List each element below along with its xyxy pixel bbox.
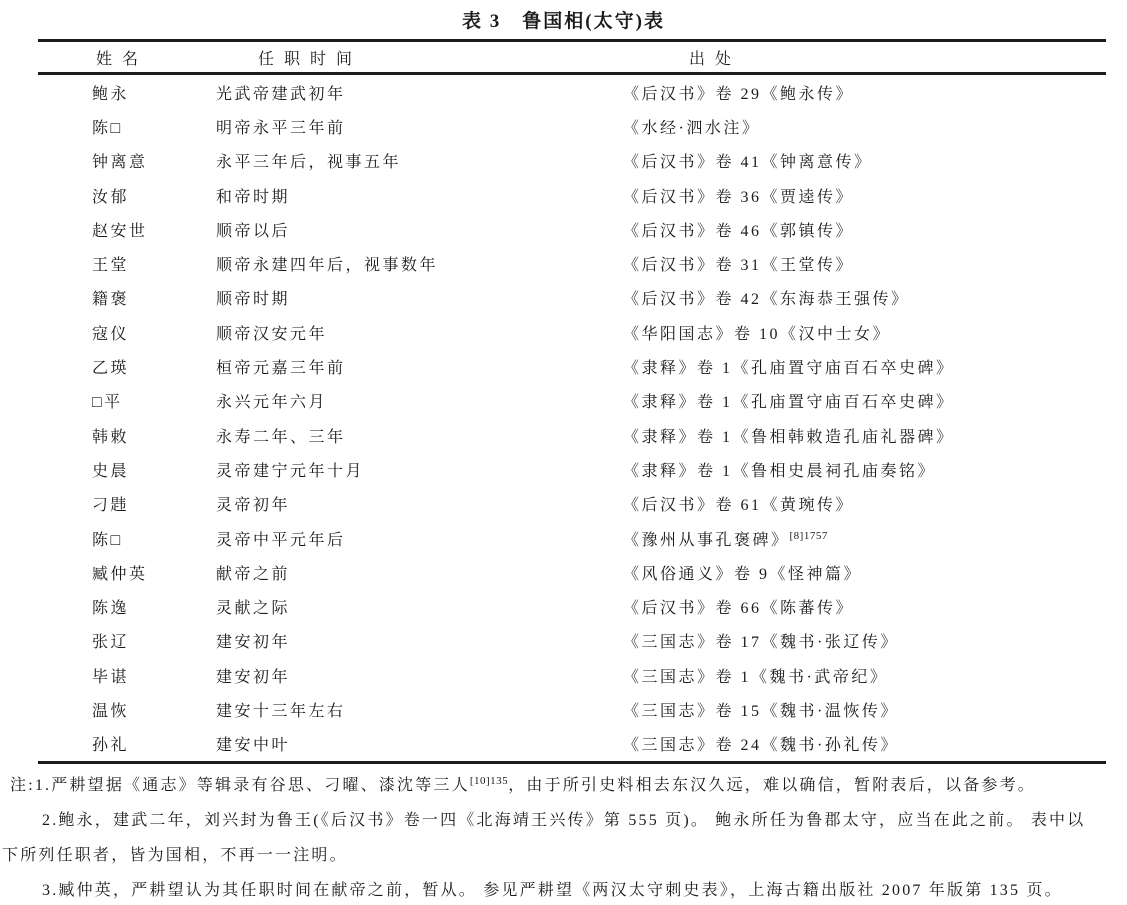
cell-source: 《后汉书》卷 36《贾逵传》: [623, 184, 1106, 207]
table-row: 王堂顺帝永建四年后，视事数年《后汉书》卷 31《王堂传》: [38, 246, 1106, 280]
cell-name: 毕谌: [38, 664, 216, 687]
source-title: 《三国志》卷 15《魏书·温恢传》: [623, 703, 899, 720]
cell-tenure: 顺帝以后: [216, 218, 623, 241]
cell-tenure: 明帝永平三年前: [216, 115, 623, 138]
cell-tenure: 灵帝初年: [216, 492, 623, 515]
note-2-line-1: 2.鲍永，建武二年，刘兴封为鲁王(《后汉书》卷一四《北海靖王兴传》第 555 页…: [0, 803, 1127, 838]
source-title: 《隶释》卷 1《鲁相韩敕造孔庙礼器碑》: [623, 429, 955, 446]
cell-name: 鲍永: [38, 81, 216, 104]
cell-source: 《风俗通义》卷 9《怪神篇》: [623, 561, 1106, 584]
cell-tenure: 灵帝建宁元年十月: [216, 458, 623, 481]
table-row: 张辽建安初年《三国志》卷 17《魏书·张辽传》: [38, 624, 1106, 658]
note-2-line-2: 下所列任职者，皆为国相，不再一一注明。: [0, 838, 1127, 873]
table-body: 鲍永光武帝建武初年《后汉书》卷 29《鲍永传》陈□明帝永平三年前《水经·泗水注》…: [38, 75, 1106, 761]
paper-page: 表 3 鲁国相(太守)表 姓 名 任 职 时 间 出 处 鲍永光武帝建武初年《后…: [0, 0, 1127, 905]
cell-source: 《水经·泗水注》: [623, 115, 1106, 138]
source-title: 《后汉书》卷 41《钟离意传》: [623, 154, 873, 171]
source-title: 《风俗通义》卷 9《怪神篇》: [623, 566, 862, 583]
source-title: 《后汉书》卷 42《东海恭王强传》: [623, 291, 910, 308]
cell-tenure: 永寿二年、三年: [216, 424, 623, 447]
cell-name: 史晨: [38, 458, 216, 481]
cell-source: 《后汉书》卷 41《钟离意传》: [623, 149, 1106, 172]
cell-name: 孙礼: [38, 732, 216, 755]
cell-tenure: 顺帝汉安元年: [216, 321, 623, 344]
cell-name: 乙瑛: [38, 355, 216, 378]
cell-source: 《隶释》卷 1《孔庙置守庙百石卒史碑》: [623, 389, 1106, 412]
column-header-name: 姓 名: [38, 46, 216, 69]
source-title: 《后汉书》卷 29《鲍永传》: [623, 86, 854, 103]
cell-name: 汝郁: [38, 184, 216, 207]
cell-tenure: 建安中叶: [216, 732, 623, 755]
column-header-tenure: 任 职 时 间: [216, 46, 623, 69]
source-title: 《华阳国志》卷 10《汉中士女》: [623, 326, 891, 343]
source-title: 《隶释》卷 1《孔庙置守庙百石卒史碑》: [623, 394, 955, 411]
note-1-rest: ，由于所引史料相去东汉久远，难以确信，暂附表后，以备参考。: [508, 777, 1036, 794]
table-row: 陈逸灵献之际《后汉书》卷 66《陈蕃传》: [38, 589, 1106, 623]
cell-tenure: 桓帝元嘉三年前: [216, 355, 623, 378]
table-row: 刁韪灵帝初年《后汉书》卷 61《黄琬传》: [38, 487, 1106, 521]
note-3: 3.臧仲英，严耕望认为其任职时间在献帝之前，暂从。 参见严耕望《两汉太守刺史表》…: [0, 873, 1127, 905]
table-row: 臧仲英献帝之前《风俗通义》卷 9《怪神篇》: [38, 555, 1106, 589]
table-row: 毕谌建安初年《三国志》卷 1《魏书·武帝纪》: [38, 658, 1106, 692]
source-title: 《水经·泗水注》: [623, 120, 760, 137]
column-header-source: 出 处: [623, 46, 1106, 69]
source-title: 《隶释》卷 1《孔庙置守庙百石卒史碑》: [623, 360, 955, 377]
cell-name: 钟离意: [38, 149, 216, 172]
cell-source: 《隶释》卷 1《孔庙置守庙百石卒史碑》: [623, 355, 1106, 378]
table-row: 孙礼建安中叶《三国志》卷 24《魏书·孙礼传》: [38, 727, 1106, 761]
source-title: 《三国志》卷 17《魏书·张辽传》: [623, 634, 899, 651]
cell-source: 《三国志》卷 24《魏书·孙礼传》: [623, 732, 1106, 755]
source-title: 《后汉书》卷 36《贾逵传》: [623, 189, 854, 206]
cell-tenure: 光武帝建武初年: [216, 81, 623, 104]
cell-source: 《后汉书》卷 29《鲍永传》: [623, 81, 1106, 104]
source-citation-superscript: [8]1757: [790, 530, 828, 542]
table-row: □平永兴元年六月《隶释》卷 1《孔庙置守庙百石卒史碑》: [38, 384, 1106, 418]
cell-tenure: 永兴元年六月: [216, 389, 623, 412]
table-row: 籍褒顺帝时期《后汉书》卷 42《东海恭王强传》: [38, 281, 1106, 315]
table-row: 乙瑛桓帝元嘉三年前《隶释》卷 1《孔庙置守庙百石卒史碑》: [38, 349, 1106, 383]
table-row: 赵安世顺帝以后《后汉书》卷 46《郭镇传》: [38, 212, 1106, 246]
cell-source: 《华阳国志》卷 10《汉中士女》: [623, 321, 1106, 344]
cell-tenure: 献帝之前: [216, 561, 623, 584]
cell-tenure: 建安初年: [216, 664, 623, 687]
cell-name: 臧仲英: [38, 561, 216, 584]
cell-tenure: 建安初年: [216, 629, 623, 652]
cell-name: 寇仪: [38, 321, 216, 344]
cell-name: 刁韪: [38, 492, 216, 515]
cell-name: 温恢: [38, 698, 216, 721]
cell-tenure: 灵献之际: [216, 595, 623, 618]
table-row: 寇仪顺帝汉安元年《华阳国志》卷 10《汉中士女》: [38, 315, 1106, 349]
source-title: 《后汉书》卷 66《陈蕃传》: [623, 600, 854, 617]
source-title: 《三国志》卷 1《魏书·武帝纪》: [623, 669, 888, 686]
note-1: 注:1.严耕望据《通志》等辑录有谷思、刁曜、漆沈等三人[10]135，由于所引史…: [0, 764, 1127, 803]
table-row: 汝郁和帝时期《后汉书》卷 36《贾逵传》: [38, 178, 1106, 212]
cell-source: 《后汉书》卷 46《郭镇传》: [623, 218, 1106, 241]
table-row: 陈□灵帝中平元年后《豫州从事孔褒碑》[8]1757: [38, 521, 1106, 555]
cell-tenure: 顺帝时期: [216, 286, 623, 309]
table-notes: 注:1.严耕望据《通志》等辑录有谷思、刁曜、漆沈等三人[10]135，由于所引史…: [0, 764, 1127, 905]
cell-tenure: 灵帝中平元年后: [216, 527, 623, 550]
cell-name: 王堂: [38, 252, 216, 275]
table-row: 鲍永光武帝建武初年《后汉书》卷 29《鲍永传》: [38, 75, 1106, 109]
table-row: 温恢建安十三年左右《三国志》卷 15《魏书·温恢传》: [38, 692, 1106, 726]
cell-name: 韩敕: [38, 424, 216, 447]
source-title: 《豫州从事孔褒碑》: [623, 532, 790, 549]
source-title: 《三国志》卷 24《魏书·孙礼传》: [623, 737, 899, 754]
cell-name: 陈逸: [38, 595, 216, 618]
table-row: 韩敕永寿二年、三年《隶释》卷 1《鲁相韩敕造孔庙礼器碑》: [38, 418, 1106, 452]
cell-tenure: 永平三年后，视事五年: [216, 149, 623, 172]
cell-name: 籍褒: [38, 286, 216, 309]
source-title: 《后汉书》卷 31《王堂传》: [623, 257, 854, 274]
cell-tenure: 顺帝永建四年后，视事数年: [216, 252, 623, 275]
cell-tenure: 和帝时期: [216, 184, 623, 207]
table-row: 陈□明帝永平三年前《水经·泗水注》: [38, 109, 1106, 143]
cell-source: 《后汉书》卷 66《陈蕃传》: [623, 595, 1106, 618]
cell-source: 《后汉书》卷 31《王堂传》: [623, 252, 1106, 275]
cell-name: 陈□: [38, 527, 216, 550]
cell-source: 《豫州从事孔褒碑》[8]1757: [623, 527, 1106, 550]
table-caption: 表 3 鲁国相(太守)表: [0, 6, 1127, 33]
cell-source: 《三国志》卷 17《魏书·张辽传》: [623, 629, 1106, 652]
cell-source: 《三国志》卷 1《魏书·武帝纪》: [623, 664, 1106, 687]
table-row: 钟离意永平三年后，视事五年《后汉书》卷 41《钟离意传》: [38, 144, 1106, 178]
cell-name: □平: [38, 389, 216, 412]
cell-name: 赵安世: [38, 218, 216, 241]
cell-source: 《隶释》卷 1《鲁相韩敕造孔庙礼器碑》: [623, 424, 1106, 447]
cell-source: 《隶释》卷 1《鲁相史晨祠孔庙奏铭》: [623, 458, 1106, 481]
source-title: 《后汉书》卷 46《郭镇传》: [623, 223, 854, 240]
source-title: 《后汉书》卷 61《黄琬传》: [623, 497, 854, 514]
note-1-citation-superscript: [10]135: [470, 775, 508, 787]
cell-source: 《三国志》卷 15《魏书·温恢传》: [623, 698, 1106, 721]
table-row: 史晨灵帝建宁元年十月《隶释》卷 1《鲁相史晨祠孔庙奏铭》: [38, 452, 1106, 486]
source-title: 《隶释》卷 1《鲁相史晨祠孔庙奏铭》: [623, 463, 936, 480]
cell-source: 《后汉书》卷 61《黄琬传》: [623, 492, 1106, 515]
table-header-row: 姓 名 任 职 时 间 出 处: [38, 42, 1106, 72]
cell-name: 张辽: [38, 629, 216, 652]
cell-tenure: 建安十三年左右: [216, 698, 623, 721]
cell-source: 《后汉书》卷 42《东海恭王强传》: [623, 286, 1106, 309]
cell-name: 陈□: [38, 115, 216, 138]
note-1-text: 注:1.严耕望据《通志》等辑录有谷思、刁曜、漆沈等三人: [10, 777, 470, 794]
